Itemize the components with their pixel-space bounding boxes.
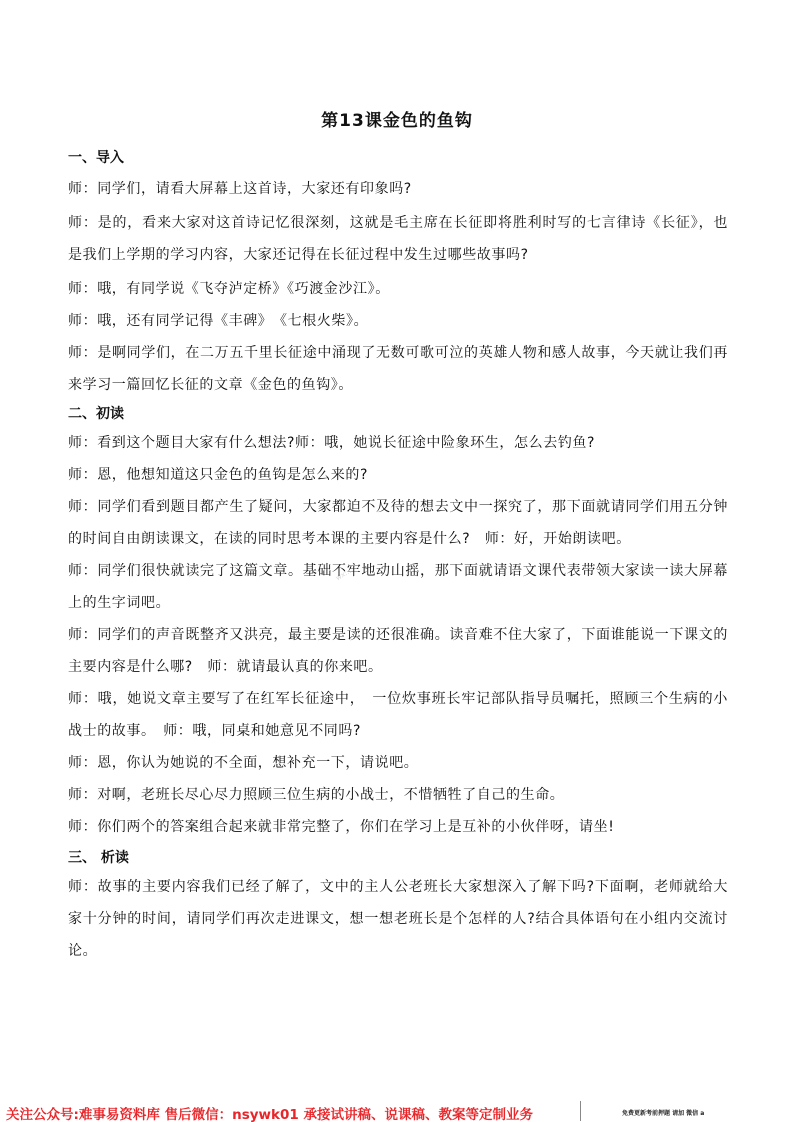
document-body: 一、导入 师：同学们，请看大屏幕上这首诗，大家还有印象吗? 师：是的，看来大家对…	[68, 145, 728, 967]
footer-note: 免费更新考前押题 请加 微信 a	[622, 1108, 704, 1117]
paragraph: 师：看到这个题目大家有什么想法?师：哦，她说长征途中险象环生，怎么去钓鱼?	[68, 427, 728, 459]
paragraph: 师：同学们的声音既整齐又洪亮，最主要是读的还很准确。读音难不住大家了，下面谁能说…	[68, 619, 728, 683]
section-heading: 一、导入	[68, 147, 728, 169]
paragraph: 师：哦，她说文章主要写了在红军长征途中， 一位炊事班长牢记部队指导员嘱托，照顾三…	[68, 683, 728, 747]
paragraph: 师：哦，还有同学记得《丰碑》 《七根火柴》。	[68, 305, 728, 337]
footer-bar: 关注公众号:难事易资料库 售后微信：nsywk01 承接试讲稿、说课稿、教案等定…	[0, 1100, 794, 1122]
footer-divider	[580, 1101, 581, 1121]
paragraph: 师：对啊，老班长尽心尽力照顾三位生病的小战士，不惜牺牲了自己的生命。	[68, 779, 728, 811]
paragraph: 师：恩，他想知道这只金色的鱼钩是怎么来的?	[68, 459, 728, 491]
document-title: 第13课金色的鱼钩	[0, 106, 794, 131]
paragraph: 师：同学们，请看大屏幕上这首诗，大家还有印象吗?	[68, 173, 728, 205]
section-heading: 二、初读	[68, 403, 728, 425]
paragraph: 师：故事的主要内容我们已经了解了，文中的主人公老班长大家想深入了解下吗?下面啊，…	[68, 871, 728, 967]
section-intro: 一、导入 师：同学们，请看大屏幕上这首诗，大家还有印象吗? 师：是的，看来大家对…	[68, 147, 728, 401]
paragraph: 师：是啊同学们，在二万五千里长征途中涌现了无数可歌可泣的英雄人物和感人故事，今天…	[68, 337, 728, 401]
paragraph: 师：是的，看来大家对这首诗记忆很深刻，这就是毛主席在长征即将胜利时写的七言律诗《…	[68, 207, 728, 271]
footer-promo-text: 关注公众号:难事易资料库 售后微信：nsywk01 承接试讲稿、说课稿、教案等定…	[6, 1103, 533, 1122]
paragraph: 师：你们两个的答案组合起来就非常完整了，你们在学习上是互补的小伙伴呀，请坐!	[68, 811, 728, 843]
section-first-reading: 二、初读 师：看到这个题目大家有什么想法?师：哦，她说长征途中险象环生，怎么去钓…	[68, 403, 728, 843]
paragraph: 师：同学们看到题目都产生了疑问，大家都迫不及待的想去文中一探究了，那下面就请同学…	[68, 491, 728, 555]
section-analysis: 三、 析读 师：故事的主要内容我们已经了解了，文中的主人公老班长大家想深入了解下…	[68, 847, 728, 967]
paragraph: 师：同学们很快就读完了这篇文章。基础不牢地动山摇，那下面就请语文课代表带领大家读…	[68, 555, 728, 619]
paragraph: 师：哦，有同学说《飞夺泸定桥》《巧渡金沙江》。	[68, 273, 728, 305]
section-heading: 三、 析读	[68, 847, 728, 869]
paragraph: 师：恩，你认为她说的不全面，想补充一下，请说吧。	[68, 747, 728, 779]
document-page: 第13课金色的鱼钩 一、导入 师：同学们，请看大屏幕上这首诗，大家还有印象吗? …	[0, 0, 794, 1122]
